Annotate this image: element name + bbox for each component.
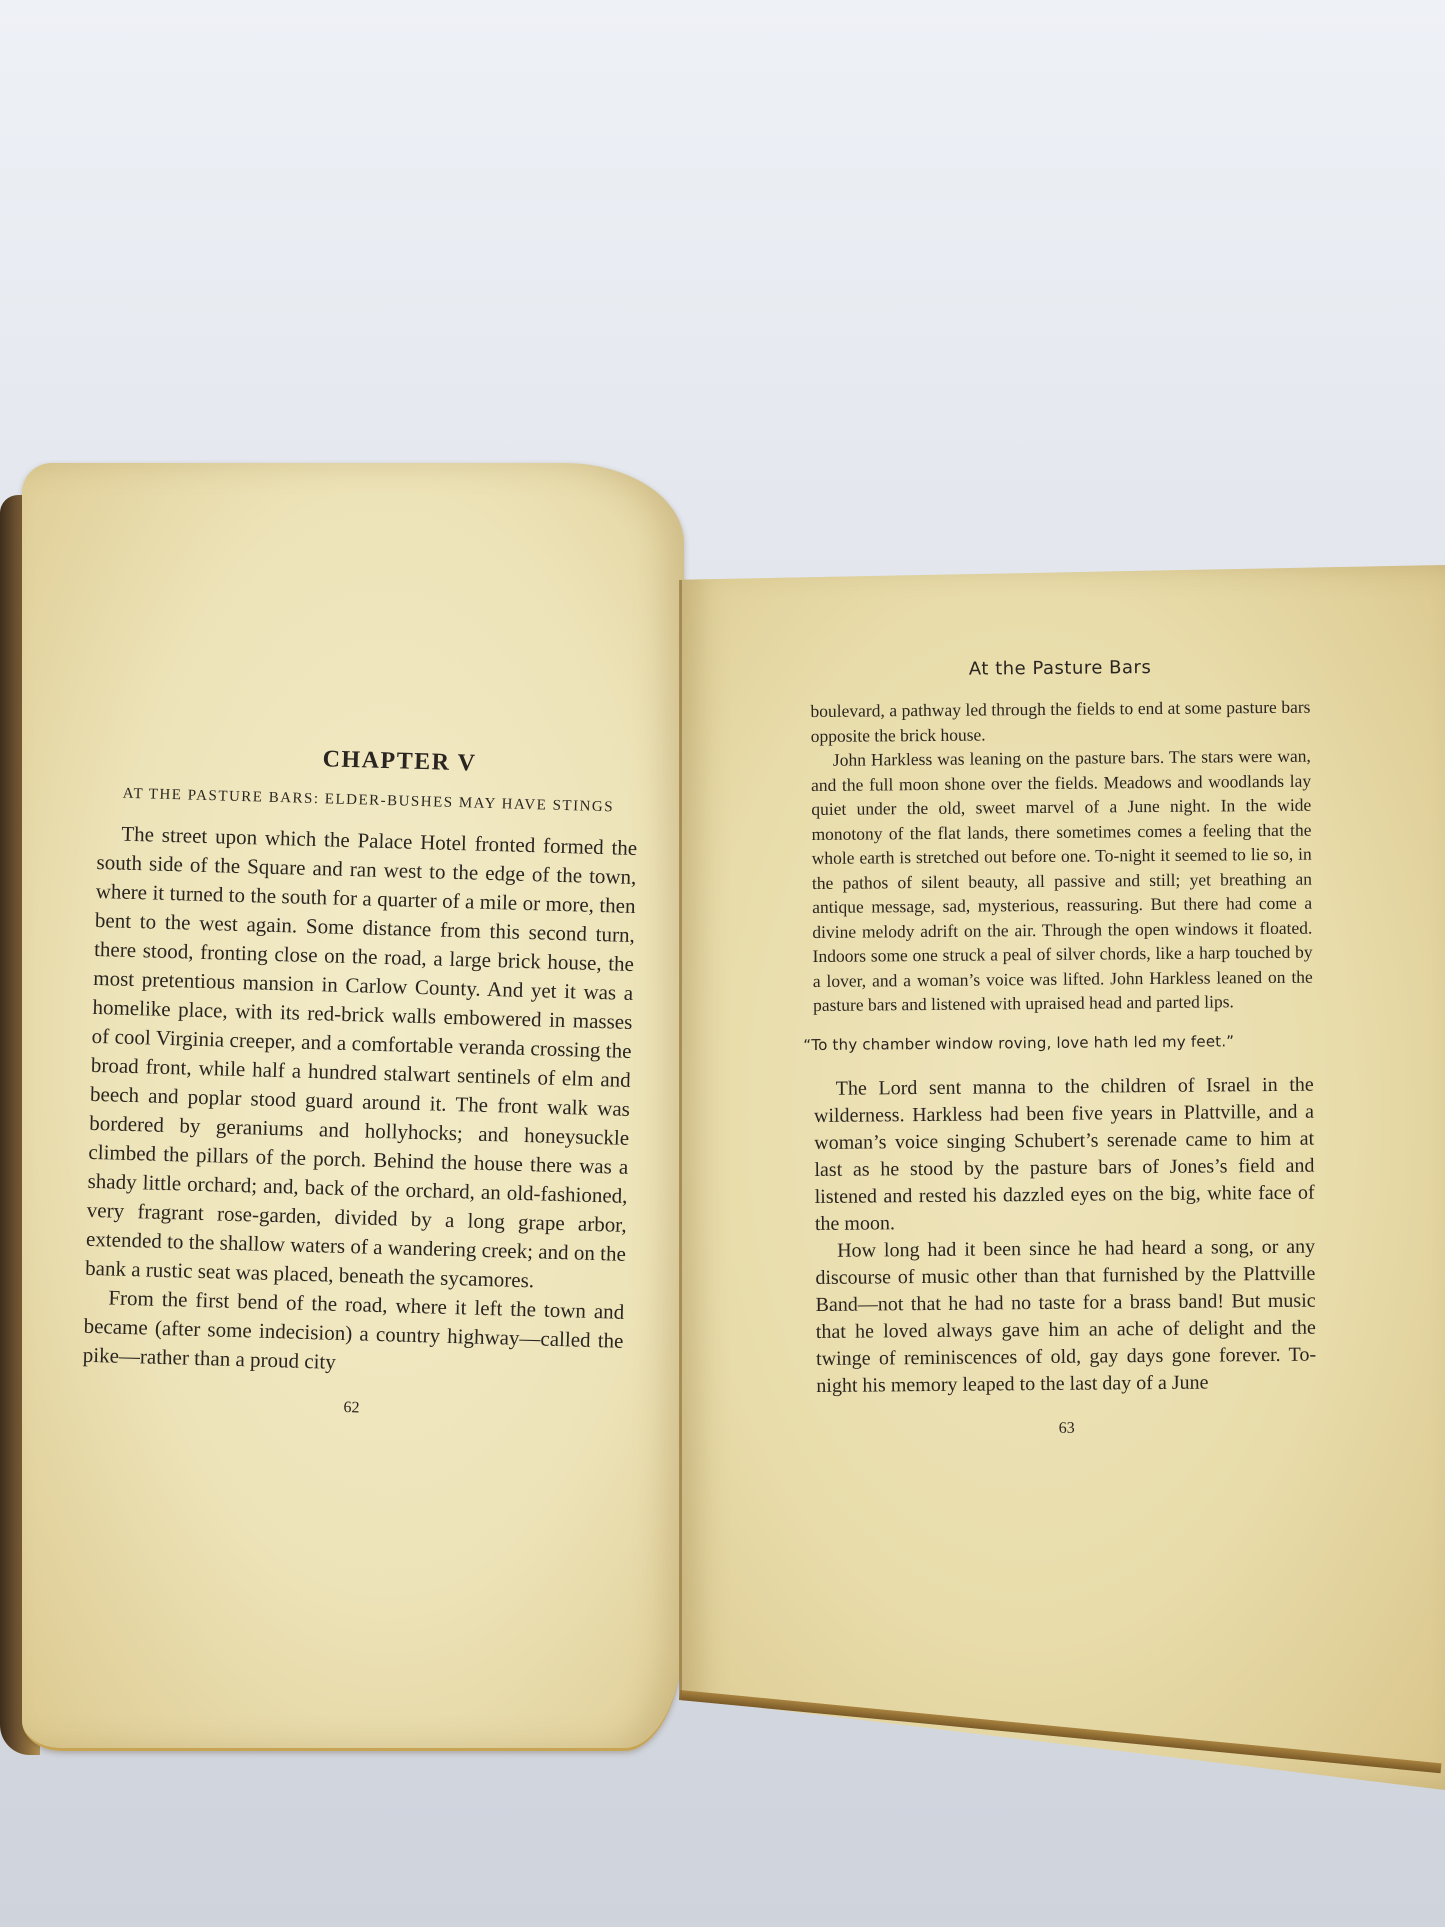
paragraph: The Lord sent manna to the children of I…: [814, 1071, 1315, 1237]
paragraph: The street upon which the Palace Hotel f…: [85, 819, 638, 1298]
right-page-text: At the Pasture Bars boulevard, a pathway…: [810, 656, 1317, 1440]
open-book: CHAPTER V At the Pasture Bars: Elder-bus…: [0, 0, 1445, 1927]
paragraph: John Harkless was leaning on the pasture…: [811, 744, 1313, 1018]
book-gutter: [679, 580, 682, 1700]
paragraph: boulevard, a pathway led through the fie…: [810, 695, 1310, 748]
paragraph: How long had it been since he had heard …: [815, 1233, 1316, 1399]
chapter-subtitle: At the Pasture Bars: Elder-bushes May Ha…: [98, 783, 638, 818]
paragraph: From the first bend of the road, where i…: [82, 1283, 624, 1385]
running-head: At the Pasture Bars: [810, 656, 1310, 681]
left-page-text: CHAPTER V At the Pasture Bars: Elder-bus…: [81, 740, 639, 1425]
song-quote: “To thy chamber window roving, love hath…: [803, 1031, 1313, 1053]
